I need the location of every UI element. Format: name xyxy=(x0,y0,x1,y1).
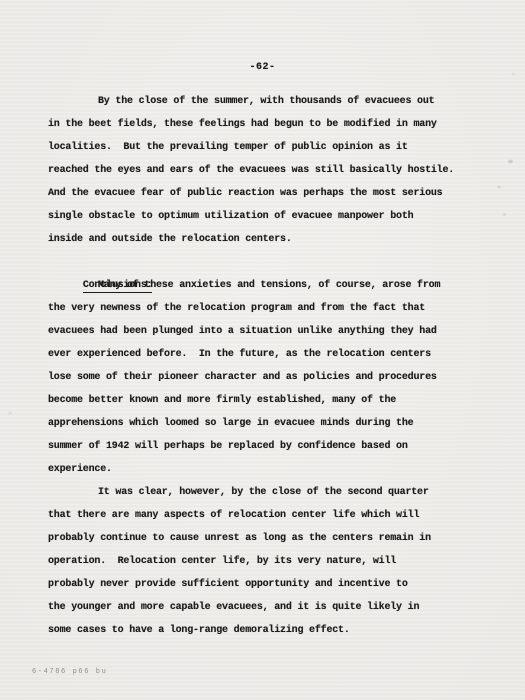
scan-speck xyxy=(8,412,12,414)
scan-speck xyxy=(508,160,513,163)
text-line: lose some of their pioneer character and… xyxy=(48,366,473,389)
footer-code: 6-4786 p66 bu xyxy=(32,668,107,676)
scan-speck xyxy=(512,73,515,75)
text-line: the very newness of the relocation progr… xyxy=(48,297,473,320)
text-line: By the close of the summer, with thousan… xyxy=(48,90,473,113)
text-line: in the beet fields, these feelings had b… xyxy=(48,113,473,136)
scan-speck xyxy=(503,213,506,216)
paragraph-public-opinion: By the close of the summer, with thousan… xyxy=(48,90,473,251)
text-line: Many of these anxieties and tensions, of… xyxy=(48,274,473,297)
text-line: that there are many aspects of relocatio… xyxy=(48,504,473,527)
text-line: become better known and more firmly esta… xyxy=(48,389,473,412)
text-line: And the evacuee fear of public reaction … xyxy=(48,182,473,205)
text-line: experience. xyxy=(48,458,473,481)
text-line: some cases to have a long-range demorali… xyxy=(48,619,473,642)
text-line: ever experienced before. In the future, … xyxy=(48,343,473,366)
text-line: summer of 1942 will perhaps be replaced … xyxy=(48,435,473,458)
text-line: reached the eyes and ears of the evacuee… xyxy=(48,159,473,182)
text-line: localities. But the prevailing temper of… xyxy=(48,136,473,159)
text-line: operation. Relocation center life, by it… xyxy=(48,550,473,573)
paragraph-anxieties: Many of these anxieties and tensions, of… xyxy=(48,274,473,481)
text-line: probably never provide sufficient opport… xyxy=(48,573,473,596)
document-body: By the close of the summer, with thousan… xyxy=(48,90,473,642)
text-line: single obstacle to optimum utilization o… xyxy=(48,205,473,228)
text-line: probably continue to cause unrest as lon… xyxy=(48,527,473,550)
scan-speck xyxy=(497,186,501,188)
text-line: inside and outside the relocation center… xyxy=(48,228,473,251)
section-heading-conclusions: Conclusions: xyxy=(48,251,473,274)
page-number: -62- xyxy=(0,62,525,73)
text-line: evacuees had been plunged into a situati… xyxy=(48,320,473,343)
text-line: It was clear, however, by the close of t… xyxy=(48,481,473,504)
text-line: apprehensions which loomed so large in e… xyxy=(48,412,473,435)
text-line: the younger and more capable evacuees, a… xyxy=(48,596,473,619)
paragraph-second-quarter: It was clear, however, by the close of t… xyxy=(48,481,473,642)
scanned-document-page: -62- By the close of the summer, with th… xyxy=(0,0,525,700)
